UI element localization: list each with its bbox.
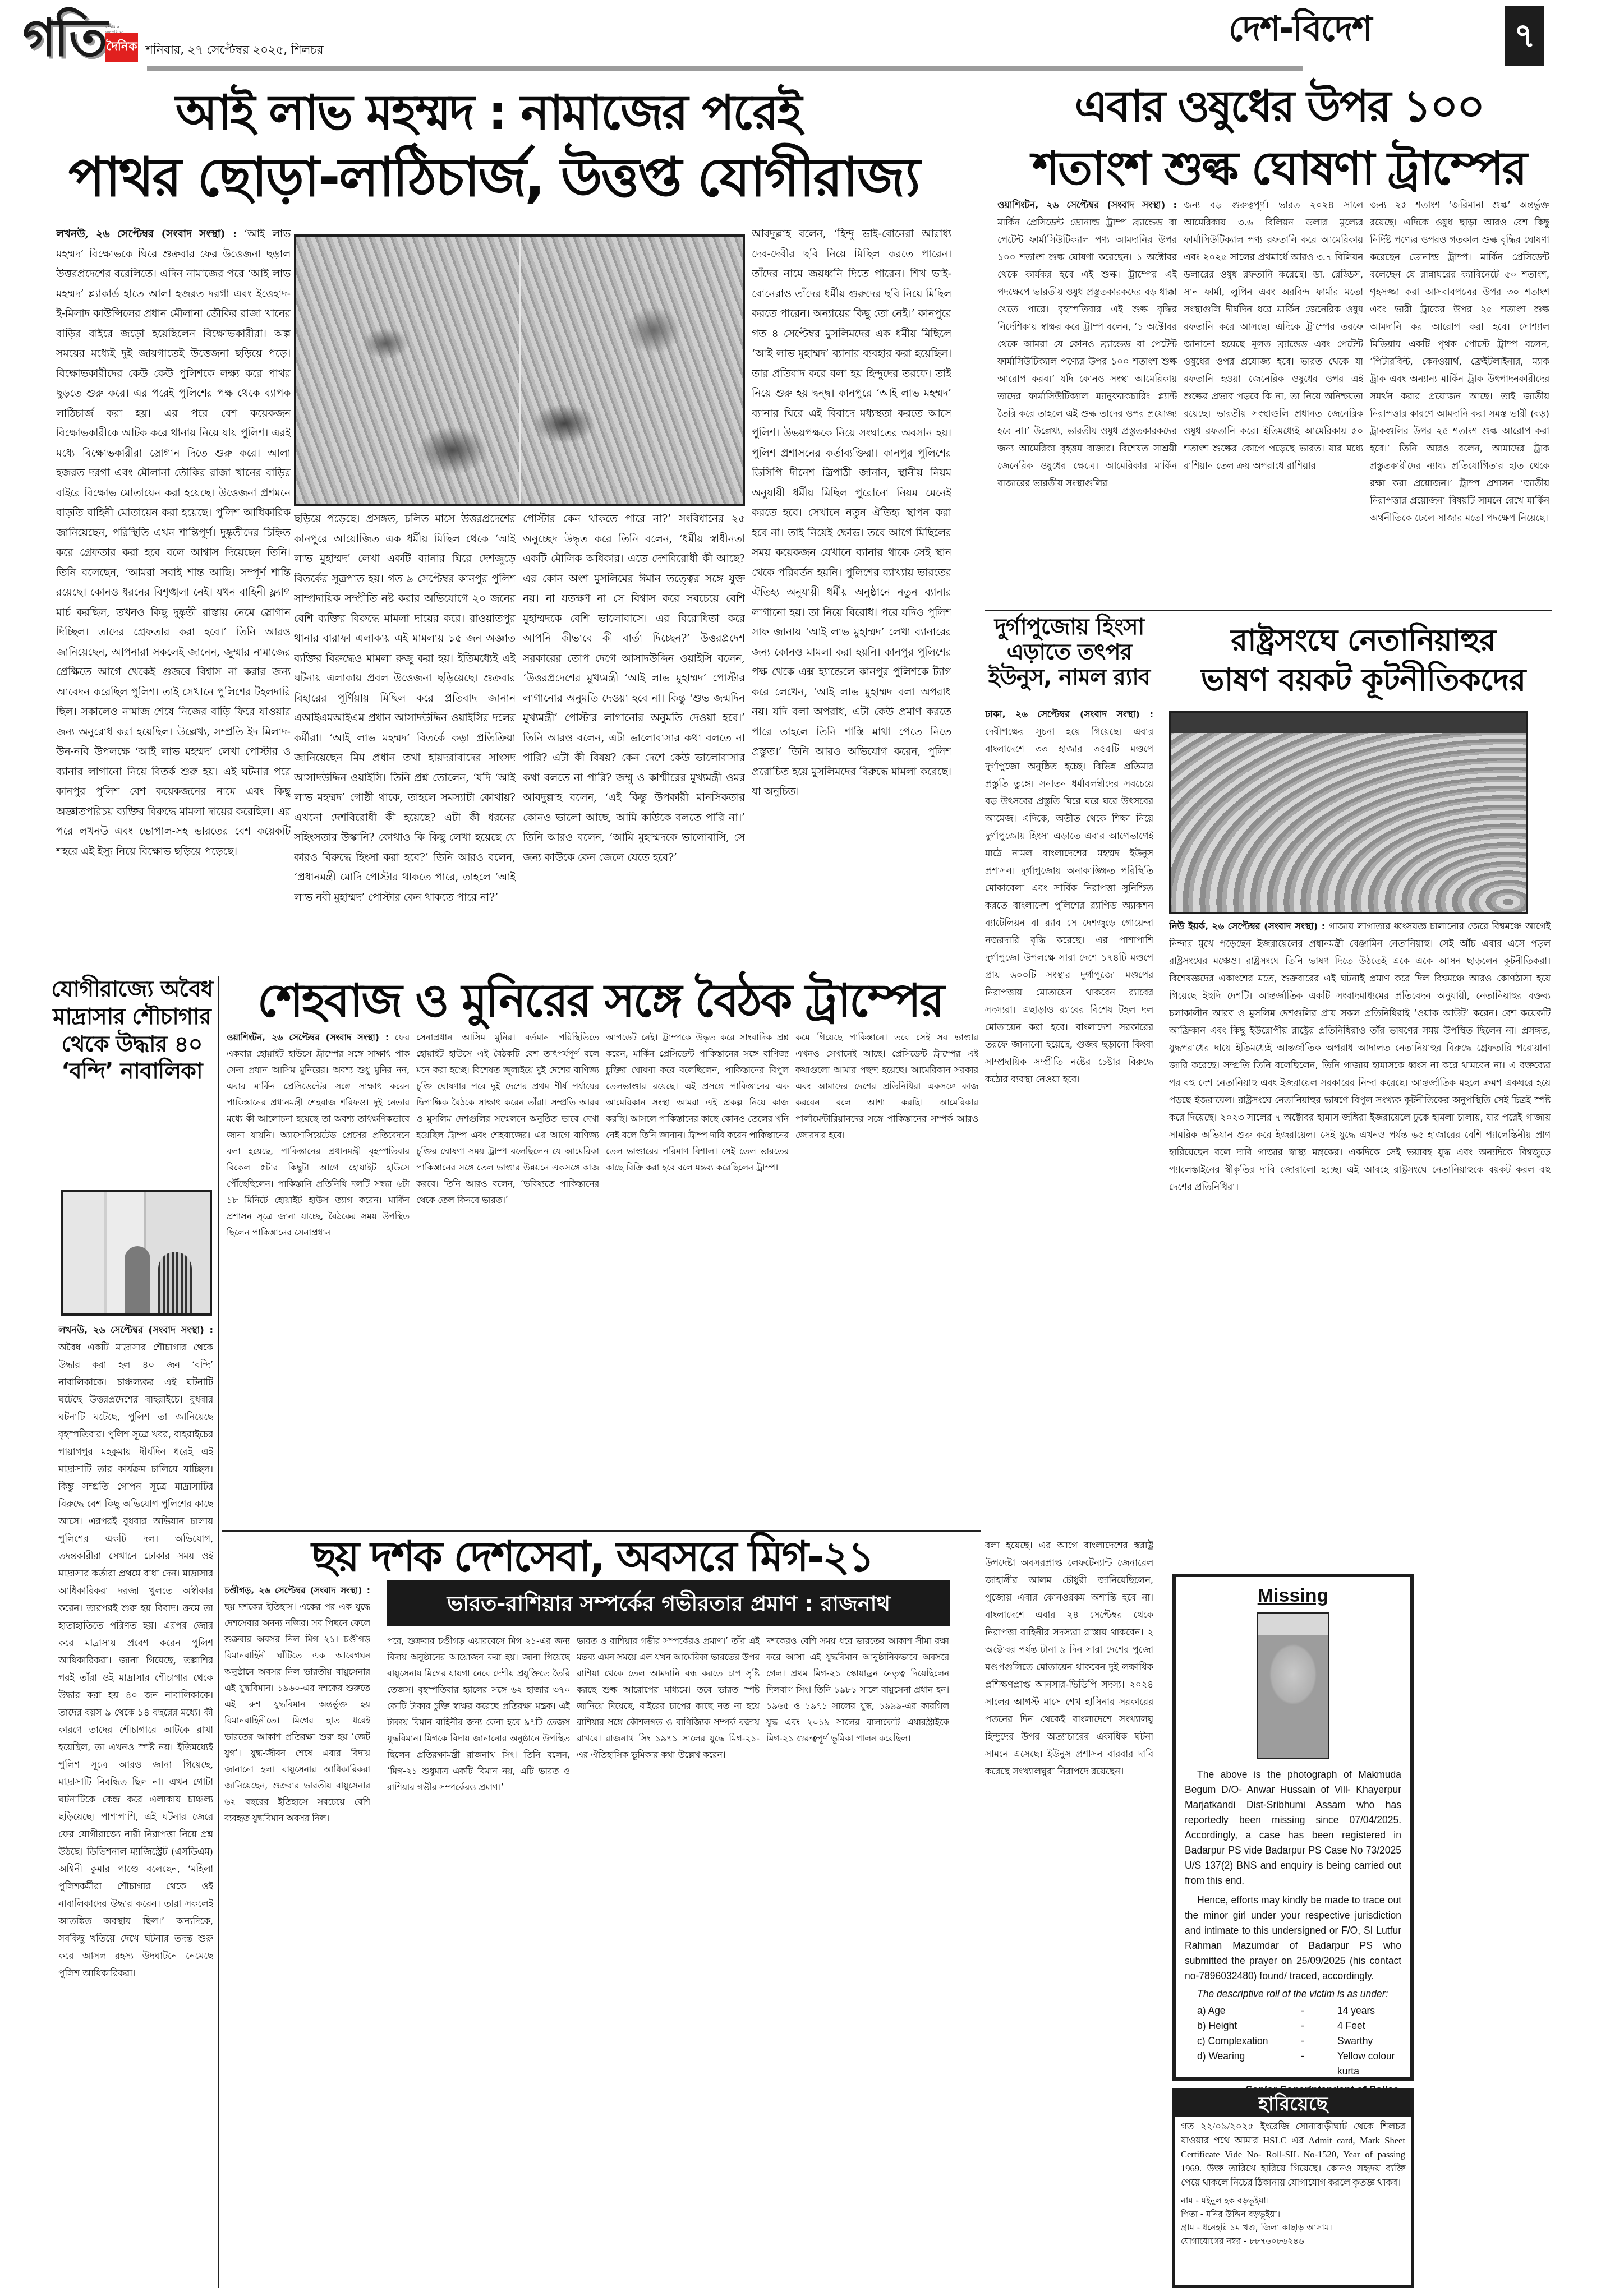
durga-text: দেবীপক্ষের সূচনা হয়ে গিয়েছে। এবার বাংল…	[985, 726, 1153, 1085]
section-divider	[985, 610, 1552, 611]
main-story-col3: পোস্টার কেন থাকতে পারে না?’ সংবিধানের ২৫…	[523, 509, 745, 965]
mig21-text: ছয় দশকের ইতিহাস। একের পর এক যুদ্ধে দেশস…	[224, 1602, 370, 1823]
mig21-subheadline: ভারত-রাশিয়ার সম্পর্কের গভীরতার প্রমাণ :…	[387, 1580, 950, 1626]
mig21-col4: দশকেরও বেশি সময় ধরে ভারতের আকাশ সীমা রক…	[766, 1633, 949, 2289]
main-headline-line1: আই লাভ মহম্মদ : নামাজের পরেই	[34, 87, 942, 138]
un-dateline: নিউ ইয়র্ক, ২৬ সেপ্টেম্বর (সংবাদ সংস্থা)…	[1169, 921, 1325, 932]
un-general-assembly-photo	[1169, 711, 1528, 914]
mig21-col2: পরে, শুক্রবার চণ্ডীগড় এয়ারবেসে মিগ ২১-…	[387, 1633, 570, 2289]
mig21-headline: ছয় দশক দেশসেবা, অবসরে মিগ-২১	[222, 1536, 963, 1579]
missing-description: The above is the photograph of Makmuda B…	[1185, 1767, 1401, 1984]
tariff-dateline: ওয়াশিংটন, ২৬ সেপ্টেম্বর (সংবাদ সংস্থা) …	[997, 200, 1177, 210]
trump-meeting-headline: শেহবাজ ও মুনিরের সঙ্গে বৈঠক ট্রাম্পের	[224, 977, 976, 1025]
missing-notice: Missing The above is the photograph of M…	[1172, 1574, 1414, 2081]
masthead-rule	[147, 66, 1303, 71]
durga-headline: দুর্গাপুজোয় হিংসা এড়াতে তৎপর ইউনুস, না…	[985, 615, 1153, 690]
main-story-dateline: লখনউ, ২৬ সেপ্টেম্বর (সংবাদ সংস্থা) :	[56, 228, 237, 240]
mig21-col3: ভারত ও রাশিয়ার গভীর সম্পর্কেরও প্রমাণ।’…	[577, 1633, 760, 2289]
main-story-col2: ছড়িয়ে পড়েছে। প্রসঙ্গত, চলিত মাসে উত্ত…	[294, 509, 516, 965]
lost-owner-father: পিতা - মনির উদ্দিন বড়ভূইয়া।	[1181, 2207, 1405, 2221]
missing-person-photo	[1257, 1612, 1329, 1759]
trump-meeting-col2: সেনাপ্রধান আসিম মুনির। বর্তমান পরিস্থিতি…	[416, 1030, 599, 1523]
durga-dateline: ঢাকা, ২৬ সেপ্টেম্বর (সংবাদ সংস্থা) :	[985, 709, 1153, 720]
mig21-dateline: চণ্ডীগড়, ২৬ সেপ্টেম্বর (সংবাদ সংস্থা) :	[224, 1585, 370, 1596]
trump-meeting-col4: কমে গিয়েছে পাকিস্তানে। তবে সেই সব ভাণ্ড…	[795, 1030, 978, 1523]
section-title: দেশ-বিদেশ	[1229, 2, 1372, 60]
tariff-story-col2: জন্য বড় গুরুত্বপূর্ণ। ভারত ২০২৪ সালে আম…	[1184, 196, 1363, 611]
roll-row-height: b) Height-4 Feet	[1197, 2018, 1401, 2034]
photo-figure	[125, 1246, 150, 1313]
trump-meeting-col1: ওয়াশিংটন, ২৬ সেপ্টেম্বর (সংবাদ সংস্থা) …	[227, 1030, 410, 1523]
madrasa-toilet-photo	[61, 1190, 212, 1316]
crowd-clash-photo	[294, 234, 745, 506]
roll-row-age: a) Age-14 years	[1197, 2003, 1401, 2018]
trump-meeting-col3: আপডেট নেই। ট্রাম্পকে উদ্ধৃত করে সাংবাদিক…	[606, 1030, 789, 1523]
main-story-col4: আবদুল্লাহ বলেন, ‘হিন্দু ভাই-বোনেরা আরাধ্…	[752, 224, 951, 965]
main-story-text: ‘আই লাভ মহম্মদ’ বিক্ষোভকে ঘিরে শুক্রবার …	[56, 228, 291, 857]
tariff-story-col3: জন্য ২৫ শতাংশ ‘জরিমানা শুল্ক’ অন্তর্ভুক্…	[1370, 196, 1549, 611]
roll-row-wearing: d) Wearing-Yellow colour kurta	[1197, 2049, 1401, 2079]
missing-title: Missing	[1185, 1585, 1401, 1607]
un-text: গাজায় লাগাতার ধ্বংসযজ্ঞ চালানোর জেরে বি…	[1169, 921, 1551, 1192]
roll-row-complexion: c) Complexation-Swarthy	[1197, 2034, 1401, 2049]
madrasa-dateline: লখনউ, ২৬ সেপ্টেম্বর (সংবাদ সংস্থা) :	[58, 1325, 213, 1335]
trump-meeting-text: ফের একবার হোয়াইট হাউসে ট্রাম্পের সঙ্গে …	[227, 1032, 410, 1238]
durga-story-continued: বলা হয়েছে। এর আগে বাংলাদেশের স্বরাষ্ট্র…	[985, 1537, 1153, 2288]
newspaper-logo: গতি	[22, 4, 95, 72]
un-story-body: নিউ ইয়র্ক, ২৬ সেপ্টেম্বর (সংবাদ সংস্থা)…	[1169, 918, 1551, 1546]
main-headline-line2: পাথর ছোড়া-লাঠিচার্জ, উত্তপ্ত যোগীরাজ্য	[11, 149, 976, 206]
page-number: ৭	[1505, 6, 1544, 66]
durga-story-body: ঢাকা, ২৬ সেপ্টেম্বর (সংবাদ সংস্থা) : দেব…	[985, 706, 1153, 1536]
tariff-story-col1: ওয়াশিংটন, ২৬ সেপ্টেম্বর (সংবাদ সংস্থা) …	[997, 196, 1177, 611]
column-rule	[218, 976, 219, 2288]
tariff-text: মার্কিন প্রেসিডেন্ট ডোনাল্ড ট্রাম্প ব্র্…	[997, 217, 1177, 488]
photo-figure	[158, 1252, 192, 1313]
issue-date: শনিবার, ২৭ সেপ্টেম্বর ২০২৫, শিলচর	[146, 40, 323, 61]
lost-owner-name: নাম - মইনুল হক বড়ভূইয়া।	[1181, 2194, 1405, 2207]
lost-owner-phone: যোগাযোগের নম্বর - ৮৮৭৬০৮৬২৪৬	[1181, 2234, 1405, 2248]
main-story-col1: লখনউ, ২৬ সেপ্টেম্বর (সংবাদ সংস্থা) : ‘আই…	[56, 224, 291, 965]
missing-paragraph-1: The above is the photograph of Makmuda B…	[1185, 1767, 1401, 1888]
madrasa-story-body: লখনউ, ২৬ সেপ্টেম্বর (সংবাদ সংস্থা) : অবৈ…	[58, 1321, 213, 2292]
trump-meeting-dateline: ওয়াশিংটন, ২৬ সেপ্টেম্বর (সংবাদ সংস্থা) …	[227, 1032, 389, 1043]
un-headline-line2: ভাষণ বয়কট কূটনীতিকদের	[1172, 663, 1554, 698]
missing-paragraph-2: Hence, efforts may kindly be made to tra…	[1185, 1893, 1401, 1984]
tariff-headline-line1: এবার ওষুধের উপর ১০০	[987, 84, 1571, 130]
lost-notice-title: হারিয়েছে	[1175, 2091, 1411, 2117]
section-divider	[222, 1530, 981, 1532]
tariff-headline-line2: শতাংশ শুল্ক ঘোষণা ট্রাম্পের	[987, 145, 1571, 193]
lost-notice: হারিয়েছে গত ২২/০৯/২০২৫ ইংরেজি সোনাবাড়ী…	[1172, 2088, 1414, 2288]
lost-owner-village: গ্রাম - ধনেহরি ১ম খণ্ড, জিলা কাছাড় আসাম…	[1181, 2221, 1405, 2234]
lost-notice-body: গত ২২/০৯/২০২৫ ইংরেজি সোনাবাড়ীঘাট থেকে শ…	[1175, 2117, 1411, 2192]
lost-notice-contact: নাম - মইনুল হক বড়ভূইয়া। পিতা - মনির উদ…	[1175, 2192, 1411, 2250]
madrasa-headline: যোগীরাজ্যে অবৈধ মাদ্রাসার শৌচাগার থেকে উ…	[50, 976, 213, 1085]
un-headline-line1: রাষ্ট্রসংঘে নেতানিয়াহুর	[1172, 624, 1554, 657]
descriptive-roll-heading: The descriptive roll of the victim is as…	[1197, 1988, 1401, 2000]
mig21-col1: চণ্ডীগড়, ২৬ সেপ্টেম্বর (সংবাদ সংস্থা) :…	[224, 1583, 370, 2289]
logo-badge: দৈনিক	[105, 33, 138, 62]
madrasa-text: অবৈধ একটি মাদ্রাসার শৌচাগার থেকে উদ্ধার …	[58, 1342, 213, 1979]
